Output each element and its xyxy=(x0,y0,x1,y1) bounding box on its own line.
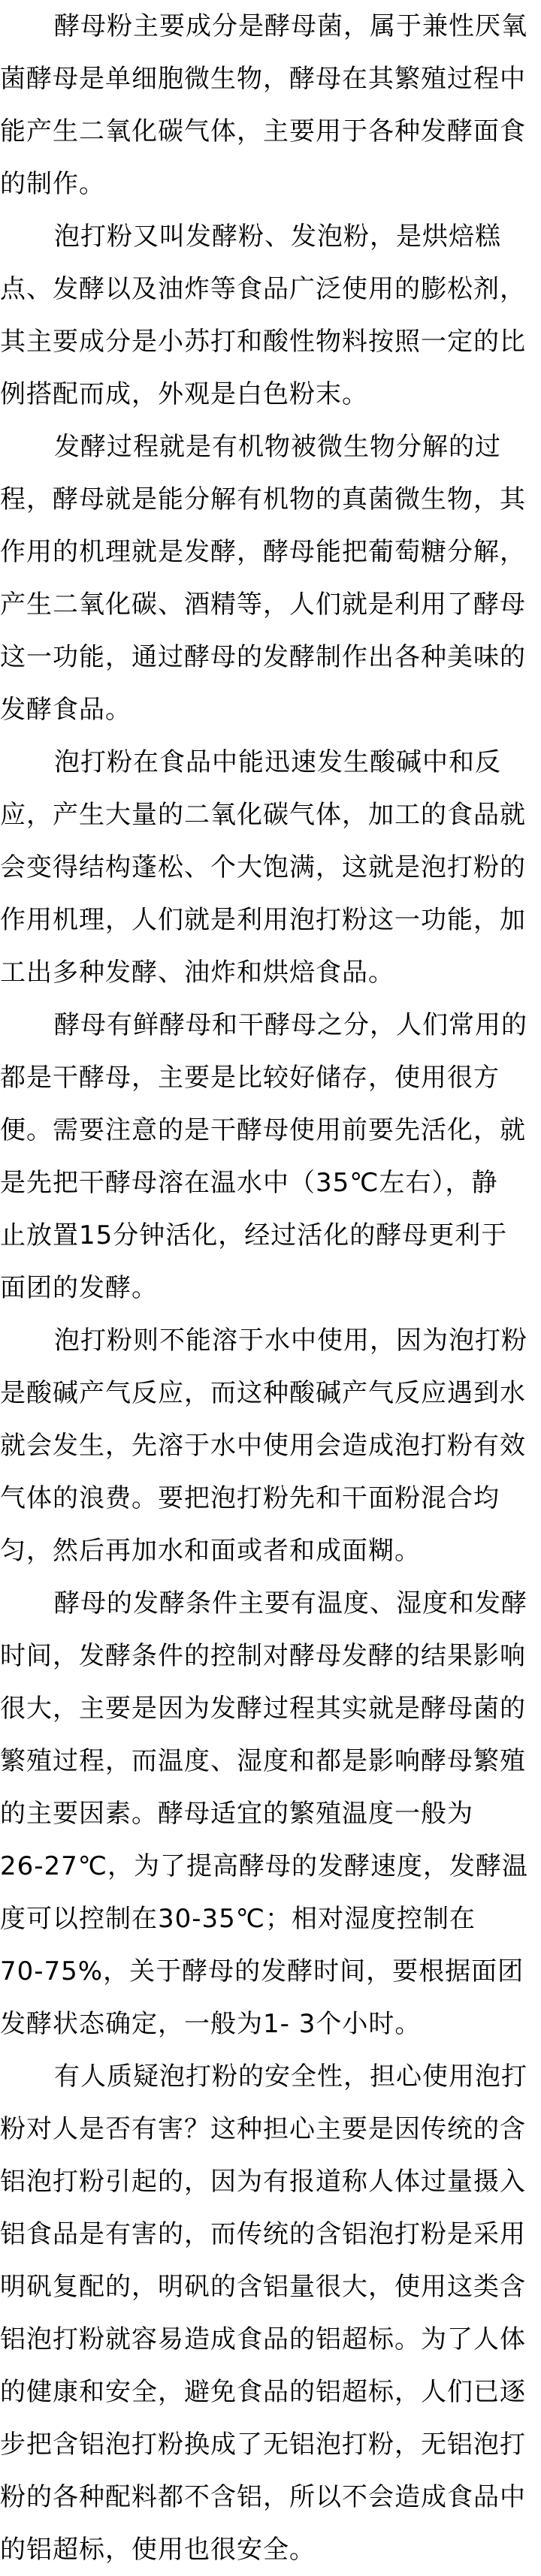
text-line: 泡打粉又叫发酵粉、发泡粉，是烘焙糕 xyxy=(54,210,501,263)
text-line: 例搭配而成，外观是白色粉末。 xyxy=(0,368,368,421)
text-line: 泡打粉在食品中能迅速发生酸碱中和反 xyxy=(54,736,501,789)
text-line: 度可以控制在30-35℃；相对湿度控制在 xyxy=(0,1893,476,1945)
text-line: 有人质疑泡打粉的安全性，担心使用泡打 xyxy=(54,2050,527,2103)
text-line: 明矾复配的，明矾的含铝量很大，使用这类含 xyxy=(0,2261,526,2313)
text-line: 粉对人是否有害？这种担心主要是因传统的含 xyxy=(0,2103,526,2155)
text-line: 菌酵母是单细胞微生物，酵母在其繁殖过程中 xyxy=(0,53,526,105)
text-line: 是先把干酵母溶在温水中（35℃左右），静 xyxy=(0,1157,497,1209)
text-line: 工出多种发酵、油炸和烘焙食品。 xyxy=(0,946,394,999)
text-line: 会变得结构蓬松、个大饱满，这就是泡打粉的 xyxy=(0,841,526,894)
text-line: 能产生二氧化碳气体，主要用于各种发酵面食 xyxy=(0,105,526,158)
text-line: 发酵过程就是有机物被微生物分解的过 xyxy=(54,421,501,473)
text-line: 很大，主要是因为发酵过程其实就是酵母菌的 xyxy=(0,1682,526,1735)
text-line: 程，酵母就是能分解有机物的真菌微生物，其 xyxy=(0,473,526,526)
text-line: 便。需要注意的是干酵母使用前要先活化，就 xyxy=(0,1104,526,1157)
text-line: 就会发生，先溶于水中使用会造成泡打粉有效 xyxy=(0,1419,526,1472)
text-line: 作用机理，人们就是利用泡打粉这一功能，加 xyxy=(0,894,526,946)
text-line: 作用的机理就是发酵，酵母能把葡萄糖分解， xyxy=(0,526,526,578)
text-line: 酵母的发酵条件主要有温度、湿度和发酵 xyxy=(54,1577,527,1630)
text-line: 铝泡打粉引起的，因为有报道称人体过量摄入 xyxy=(0,2155,526,2208)
text-line: 泡打粉则不能溶于水中使用，因为泡打粉 xyxy=(54,1314,527,1367)
text-line: 的制作。 xyxy=(0,158,105,210)
text-line: 70-75%，关于酵母的发酵时间，要根据面团 xyxy=(0,1945,524,1998)
text-line: 发酵食品。 xyxy=(0,683,131,736)
text-line: 的健康和安全，避免食品的铝超标，人们已逐 xyxy=(0,2366,526,2418)
text-line: 是酸碱产气反应，而这种酸碱产气反应遇到水 xyxy=(0,1367,526,1419)
text-line: 步把含铝泡打粉换成了无铝泡打粉，无铝泡打 xyxy=(0,2418,526,2471)
text-line: 都是干酵母，主要是比较好储存，使用很方 xyxy=(0,1051,500,1104)
text-line: 止放置15分钟活化，经过活化的酵母更利于 xyxy=(0,1209,507,1262)
text-line: 的铝超标，使用也很安全。 xyxy=(0,2523,316,2576)
text-line: 应，产生大量的二氧化碳气体，加工的食品就 xyxy=(0,789,526,841)
text-line: 点、发酵以及油炸等食品广泛使用的膨松剂， xyxy=(0,263,526,315)
text-line: 面团的发酵。 xyxy=(0,1262,158,1314)
text-line: 这一功能，通过酵母的发酵制作出各种美味的 xyxy=(0,631,526,683)
text-line: 铝食品是有害的，而传统的含铝泡打粉是采用 xyxy=(0,2208,526,2261)
text-line: 发酵状态确定，一般为1- 3个小时。 xyxy=(0,1998,421,2050)
text-line: 气体的浪费。要把泡打粉先和干面粉混合均 xyxy=(0,1472,500,1525)
text-line: 的主要因素。酵母适宜的繁殖温度一般为 xyxy=(0,1787,473,1840)
text-line: 繁殖过程，而温度、湿度和都是影响酵母繁殖 xyxy=(0,1735,526,1787)
text-line: 匀，然后再加水和面或者和成面糊。 xyxy=(0,1525,421,1577)
text-line: 时间，发酵条件的控制对酵母发酵的结果影响 xyxy=(0,1630,526,1682)
text-line: 26-27℃，为了提高酵母的发酵速度，发酵温 xyxy=(0,1840,528,1893)
text-line: 产生二氧化碳、酒精等，人们就是利用了酵母 xyxy=(0,578,526,631)
text-line: 酵母粉主要成分是酵母菌，属于兼性厌氧 xyxy=(54,0,527,53)
text-line: 铝泡打粉就容易造成食品的铝超标。为了人体 xyxy=(0,2313,526,2366)
text-line: 粉的各种配料都不含铝，所以不会造成食品中 xyxy=(0,2471,526,2523)
text-line: 其主要成分是小苏打和酸性物料按照一定的比 xyxy=(0,315,526,368)
text-line: 酵母有鲜酵母和干酵母之分，人们常用的 xyxy=(54,999,527,1051)
